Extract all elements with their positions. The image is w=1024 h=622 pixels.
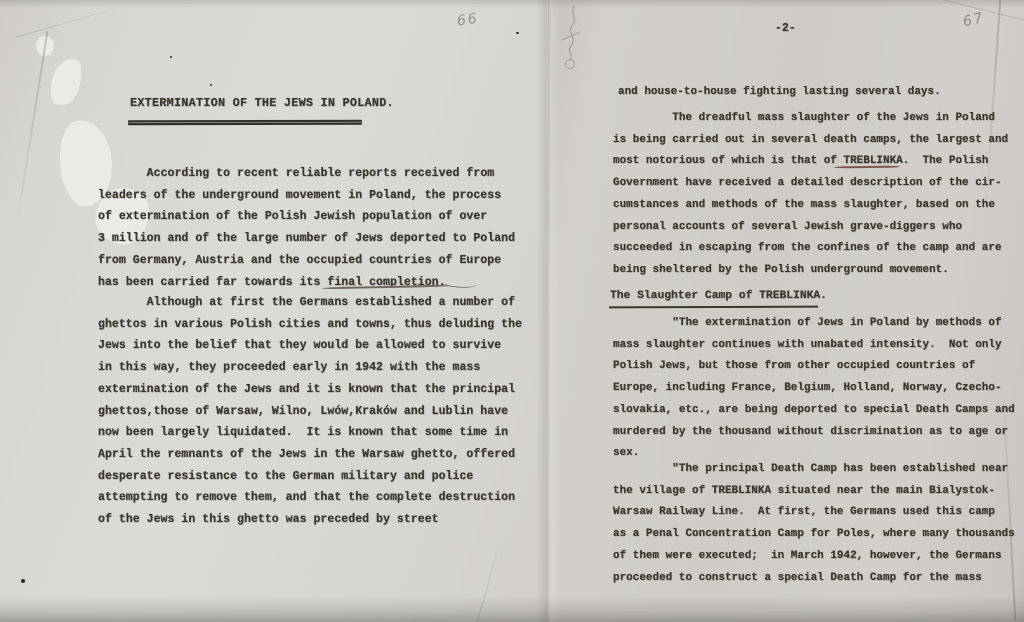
ink-speck [170,56,172,58]
paragraph: The dreadful mass slaughter of the Jews … [613,108,1017,282]
paragraph: "The principal Death Camp has been estab… [613,459,1019,589]
paragraph: Although at first the Germans establishe… [98,292,540,531]
continuation-paragraph: and house-to-house fighting lasting seve… [618,82,1018,104]
paragraph: "The extermination of Jews in Poland by … [613,313,1019,465]
document-scan: 66 67 EXTERMINATION OF THE JEWS IN POLAN… [0,0,1024,622]
edge-shadow [0,596,1024,622]
page-seam [536,0,560,622]
document-title: EXTERMINATION OF THE JEWS IN POLAND. [130,96,394,110]
handwritten-folio-number-left: 66 [456,10,480,29]
ink-speck [210,84,212,86]
printed-page-number: -2- [775,22,796,35]
ink-speck [21,579,25,583]
section-heading: The Slaughter Camp of TREBLINKA. [610,290,827,302]
edge-shadow [0,0,1024,8]
paragraph: According to recent reliable reports rec… [98,163,536,293]
title-underline-rule [128,120,362,126]
ink-speck [516,32,519,34]
